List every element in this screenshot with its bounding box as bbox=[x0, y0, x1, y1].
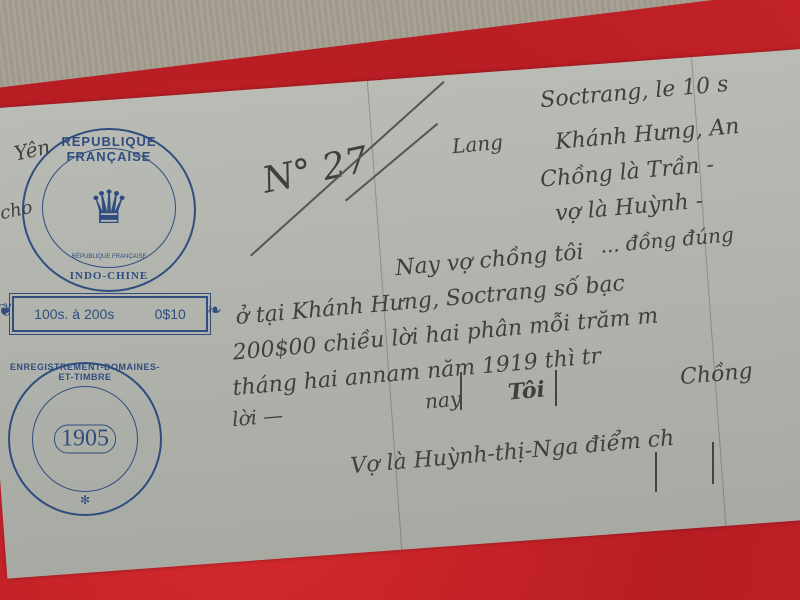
handwriting-line: lời — bbox=[231, 403, 284, 431]
marianne-figure-icon: ♛ bbox=[88, 180, 129, 234]
price-value: 0$10 bbox=[155, 306, 186, 322]
photo-scene: RÉPUBLIQUE FRANÇAISE ♛ RÉPUBLIQUE FRANÇA… bbox=[0, 0, 800, 600]
seal-small-text: RÉPUBLIQUE FRANÇAISE bbox=[24, 254, 194, 260]
registration-stamp: ENREGISTREMENT-DOMAINES-ET-TIMBRE 1905 ✻ bbox=[8, 362, 162, 516]
scroll-ornament-icon: ❦ bbox=[0, 300, 13, 321]
vertical-mark bbox=[712, 442, 714, 484]
registration-ring-text: ENREGISTREMENT-DOMAINES-ET-TIMBRE bbox=[10, 362, 160, 382]
vertical-mark bbox=[655, 452, 657, 492]
vertical-mark bbox=[555, 370, 557, 406]
ornament-icon: ✻ bbox=[80, 493, 90, 508]
price-box-stamp: ❦ 100s. à 200s 0$10 ❧ bbox=[12, 296, 208, 332]
handwriting-line: Tôi bbox=[507, 376, 546, 405]
scroll-ornament-icon: ❧ bbox=[207, 300, 222, 321]
seal-bottom-text: INDO-CHINE bbox=[24, 270, 194, 282]
price-range: 100s. à 200s bbox=[34, 306, 114, 322]
handwriting-line: Lang bbox=[451, 130, 504, 158]
handwriting-line: nay bbox=[424, 386, 462, 413]
vertical-mark bbox=[460, 372, 462, 410]
registration-year: 1905 bbox=[54, 425, 116, 454]
